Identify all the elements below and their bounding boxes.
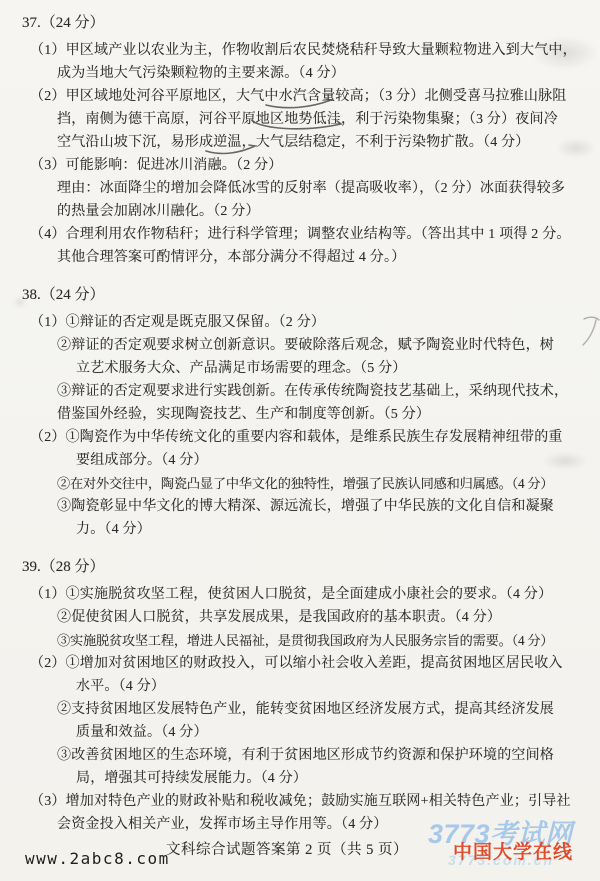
answer-line: （1）甲区域产业以农业为主，作物收割后农民焚烧秸秆导致大量颗粒物进入到大气中， bbox=[0, 39, 600, 62]
answer-line: （3）可能影响：促进冰川消融。（2 分） bbox=[0, 154, 600, 177]
answer-line: 立艺术服务大众、产品满足市场需要的理念。（5 分） bbox=[0, 357, 600, 380]
answer-line: 挡，南侧为德干高原，河谷平原地区地势低洼，利于污染物集聚；（3 分）夜间冷 bbox=[0, 108, 600, 131]
answer-line: 理由：冰面降尘的增加会降低冰雪的反射率（提高吸收率），（2 分）冰面获得较多 bbox=[0, 177, 600, 200]
answer-line: ③实施脱贫攻坚工程，增进人民福祉，是贯彻我国政府为人民服务宗旨的需要。（4 分） bbox=[0, 629, 600, 652]
question-block: 39.（28 分）（1）①实施脱贫攻坚工程，使贫困人口脱贫，是全面建成小康社会的… bbox=[0, 556, 600, 836]
question-block: 38.（24 分）（1）①辩证的否定观是既克服又保留。（2 分）②辩证的否定观要… bbox=[0, 284, 600, 541]
answer-line: 水平。（4 分） bbox=[0, 675, 600, 698]
answer-line: ②在对外交往中，陶瓷凸显了中华文化的独特性，增强了民族认同感和归属感。（4 分） bbox=[0, 472, 600, 495]
answer-line: 成为当地大气污染颗粒物的主要来源。（4 分） bbox=[0, 62, 600, 85]
scanned-answer-page: 37.（24 分）（1）甲区域产业以农业为主，作物收割后农民焚烧秸秆导致大量颗粒… bbox=[0, 0, 600, 881]
answer-line: （2）①陶瓷作为中华传统文化的重要内容和载体，是维系民族生存发展精神纽带的重 bbox=[0, 426, 600, 449]
question-heading: 38.（24 分） bbox=[0, 284, 600, 307]
answer-line: 借鉴国外经验，实现陶瓷技艺、生产和制度等创新。（5 分） bbox=[0, 403, 600, 426]
answer-line: 其他合理答案可酌情评分，本部分满分不得超过 4 分。） bbox=[0, 246, 600, 269]
watermark-subtitle: 中国大学在线 bbox=[453, 837, 573, 864]
answer-line: ③陶瓷彰显中华文化的博大精深、源远流长，增强了中华民族的文化自信和凝聚 bbox=[0, 495, 600, 518]
answer-line: 要组成部分。（4 分） bbox=[0, 449, 600, 472]
answer-line: ③辩证的否定观要求进行实践创新。在传承传统陶瓷技艺基础上，采纳现代技术， bbox=[0, 380, 600, 403]
answer-line: ②促使贫困人口脱贫，共享发展成果，是我国政府的基本职责。（4 分） bbox=[0, 606, 600, 629]
answer-line: （4）合理利用农作物秸秆；进行科学管理；调整农业结构等。（答出其中 1 项得 2… bbox=[0, 223, 600, 246]
answer-line: （2）①增加对贫困地区的财政投入，可以缩小社会收入差距，提高贫困地区居民收入 bbox=[0, 652, 600, 675]
question-block: 37.（24 分）（1）甲区域产业以农业为主，作物收割后农民焚烧秸秆导致大量颗粒… bbox=[0, 12, 600, 269]
answer-line: （1）①辩证的否定观是既克服又保留。（2 分） bbox=[0, 311, 600, 334]
answer-line: ③改善贫困地区的生态环境，有利于贫困地区形成节约资源和保护环境的空间格 bbox=[0, 744, 600, 767]
answer-line: 空气沿山坡下沉，易形成逆温，大气层结稳定，不利于污染物扩散。（4 分） bbox=[0, 131, 600, 154]
question-heading: 37.（24 分） bbox=[0, 12, 600, 35]
answer-line: ②辩证的否定观要求树立创新意识。要破除落后观念，赋予陶瓷业时代特色，树 bbox=[0, 334, 600, 357]
answer-content: 37.（24 分）（1）甲区域产业以农业为主，作物收割后农民焚烧秸秆导致大量颗粒… bbox=[0, 12, 600, 836]
answer-line: 的热量会加剧冰川融化。（2 分） bbox=[0, 200, 600, 223]
answer-line: （1）①实施脱贫攻坚工程，使贫困人口脱贫，是全面建成小康社会的要求。（4 分） bbox=[0, 583, 600, 606]
source-site-url: www.2abc8.com bbox=[25, 849, 170, 868]
question-heading: 39.（28 分） bbox=[0, 556, 600, 579]
answer-line: 局，增强其可持续发展能力。（4 分） bbox=[0, 767, 600, 790]
answer-line: 力。（4 分） bbox=[0, 518, 600, 541]
answer-line: ②支持贫困地区发展特色产业，能转变贫困地区经济发展方式，提高其经济发展 bbox=[0, 698, 600, 721]
answer-line: （3）增加对特色产业的财政补贴和税收减免；鼓励实施互联网+相关特色产业；引导社 bbox=[0, 790, 600, 813]
answer-line: （2）甲区域地处河谷平原地区，大气中水汽含量较高；（3 分）北侧受喜马拉雅山脉阻 bbox=[0, 85, 600, 108]
answer-line: 质量和效益。（4 分） bbox=[0, 721, 600, 744]
